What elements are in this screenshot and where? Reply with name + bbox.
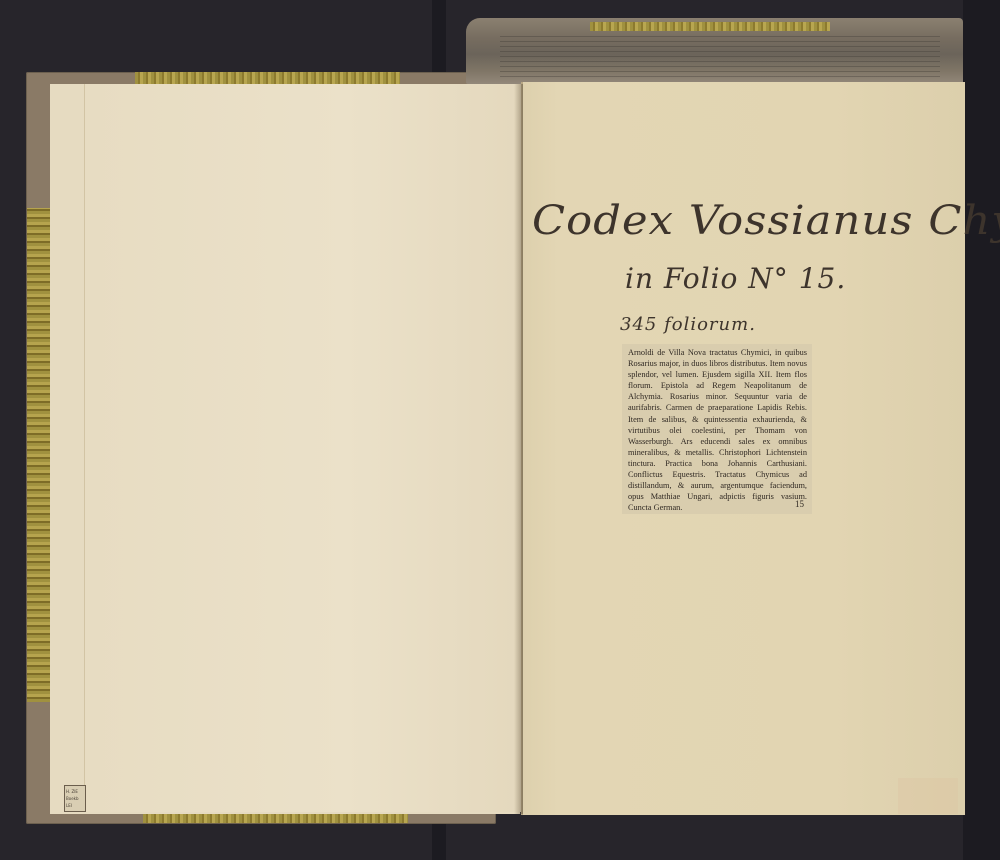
binder-label-line: LEI (66, 802, 84, 809)
bookbinder-label: H. ZIE Boekb LEI (64, 785, 86, 812)
gutter-shadow (514, 84, 523, 814)
handwritten-title: Codex Vossianus Chymicus (532, 198, 1000, 244)
paper-stain (898, 778, 958, 814)
gilt-edge-left (27, 208, 52, 702)
gilt-edge-top-right (590, 22, 830, 31)
handwritten-folio-count: 345 foliorum. (620, 314, 756, 335)
catalogue-number: 15 (795, 499, 804, 510)
background-shadow-right (963, 0, 1000, 860)
handwritten-shelfmark: in Folio N° 15. (625, 262, 846, 295)
binder-label-line: Boekb (66, 795, 84, 802)
binder-label-line: H. ZIE (66, 788, 84, 795)
catalogue-description: Arnoldi de Villa Nova tractatus Chymici,… (628, 347, 807, 513)
page-edge-lines (500, 36, 940, 80)
gilt-edge-top-left (135, 72, 400, 84)
photograph-scene: H. ZIE Boekb LEI Codex Vossianus Chymicu… (0, 0, 1000, 860)
gilt-edge-bottom (143, 814, 408, 823)
left-blank-page (84, 84, 521, 812)
printed-catalogue-slip: Arnoldi de Villa Nova tractatus Chymici,… (622, 344, 812, 514)
